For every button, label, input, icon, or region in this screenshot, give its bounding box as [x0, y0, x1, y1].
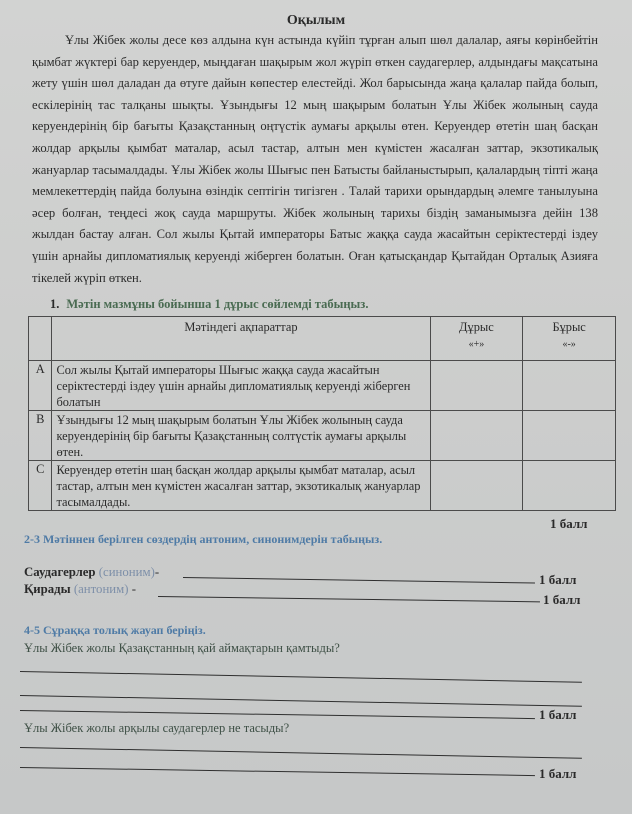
prompt-dash: - — [155, 565, 159, 579]
false-header-mark: «-» — [527, 339, 611, 350]
question-number: 1. — [50, 297, 59, 311]
prompt-hint: (антоним) — [74, 582, 129, 596]
row-letter: C — [29, 461, 52, 511]
false-header: Бұрыс «-» — [523, 317, 616, 361]
question-1-text: Мәтін мазмұны бойынша 1 дұрыс сөйлемді т… — [66, 297, 368, 311]
question-4-answer-line-1[interactable] — [20, 671, 582, 683]
antonym-score: 1 балл — [543, 592, 580, 608]
true-false-table: Мәтіндегі ақпараттар Дұрыс «+» Бұрыс «-»… — [28, 316, 616, 511]
row-statement: Керуендер өтетін шаң басқан жолдар арқыл… — [52, 461, 430, 511]
question-2-3-heading: 2-3 Мәтіннен берілген сөздердің антоним,… — [24, 532, 382, 547]
row-letter: B — [29, 411, 52, 461]
page-title: Оқылым — [0, 13, 632, 29]
question-4-score: 1 балл — [539, 707, 576, 723]
question-4-text: Ұлы Жібек жолы Қазақстанның қай аймақтар… — [24, 641, 340, 656]
prompt-hint: (синоним) — [99, 565, 155, 579]
question-4-answer-line-2[interactable] — [20, 695, 582, 707]
info-header: Мәтіндегі ақпараттар — [52, 317, 430, 361]
synonym-answer-line[interactable] — [183, 577, 535, 584]
true-answer-cell[interactable] — [430, 411, 523, 461]
true-header-label: Дұрыс — [459, 320, 494, 334]
table-header-row: Мәтіндегі ақпараттар Дұрыс «+» Бұрыс «-» — [29, 317, 616, 361]
question-5-text: Ұлы Жібек жолы арқылы саудагерлер не тас… — [24, 721, 289, 736]
synonym-score: 1 балл — [539, 572, 576, 588]
prompt-word: Қирады — [24, 582, 71, 596]
question-5-answer-line-1[interactable] — [20, 747, 582, 759]
question-1-heading: 1.Мәтін мазмұны бойынша 1 дұрыс сөйлемді… — [50, 297, 368, 312]
question-5-answer-line-2[interactable] — [20, 767, 535, 776]
prompt-dash: - — [129, 582, 136, 596]
reading-passage: Ұлы Жібек жолы десе көз алдына күн астын… — [32, 30, 598, 289]
false-answer-cell[interactable] — [523, 361, 616, 411]
row-statement: Сол жылы Қытай императоры Шығыс жаққа са… — [52, 361, 430, 411]
row-statement: Ұзындығы 12 мың шақырым болатын Ұлы Жібе… — [52, 411, 430, 461]
true-header-mark: «+» — [435, 339, 519, 350]
false-header-label: Бұрыс — [552, 320, 585, 334]
question-5-score: 1 балл — [539, 766, 576, 782]
false-answer-cell[interactable] — [523, 461, 616, 511]
true-answer-cell[interactable] — [430, 361, 523, 411]
worksheet-page: Оқылым Ұлы Жібек жолы десе көз алдына кү… — [0, 0, 632, 814]
prompt-word: Саудагерлер — [24, 565, 96, 579]
table-row: C Керуендер өтетін шаң басқан жолдар арқ… — [29, 461, 616, 511]
question-1-score: 1 балл — [550, 516, 587, 532]
letter-header — [29, 317, 52, 361]
synonym-prompt: Саудагерлер (синоним)- — [24, 565, 159, 580]
table-row: B Ұзындығы 12 мың шақырым болатын Ұлы Жі… — [29, 411, 616, 461]
true-answer-cell[interactable] — [430, 461, 523, 511]
question-4-answer-line-3[interactable] — [20, 710, 535, 719]
false-answer-cell[interactable] — [523, 411, 616, 461]
antonym-prompt: Қирады (антоним) - — [24, 582, 136, 597]
antonym-answer-line[interactable] — [158, 596, 540, 602]
row-letter: A — [29, 361, 52, 411]
question-4-5-heading: 4-5 Сұраққа толық жауап беріңіз. — [24, 623, 206, 638]
table-row: A Сол жылы Қытай императоры Шығыс жаққа … — [29, 361, 616, 411]
true-header: Дұрыс «+» — [430, 317, 523, 361]
